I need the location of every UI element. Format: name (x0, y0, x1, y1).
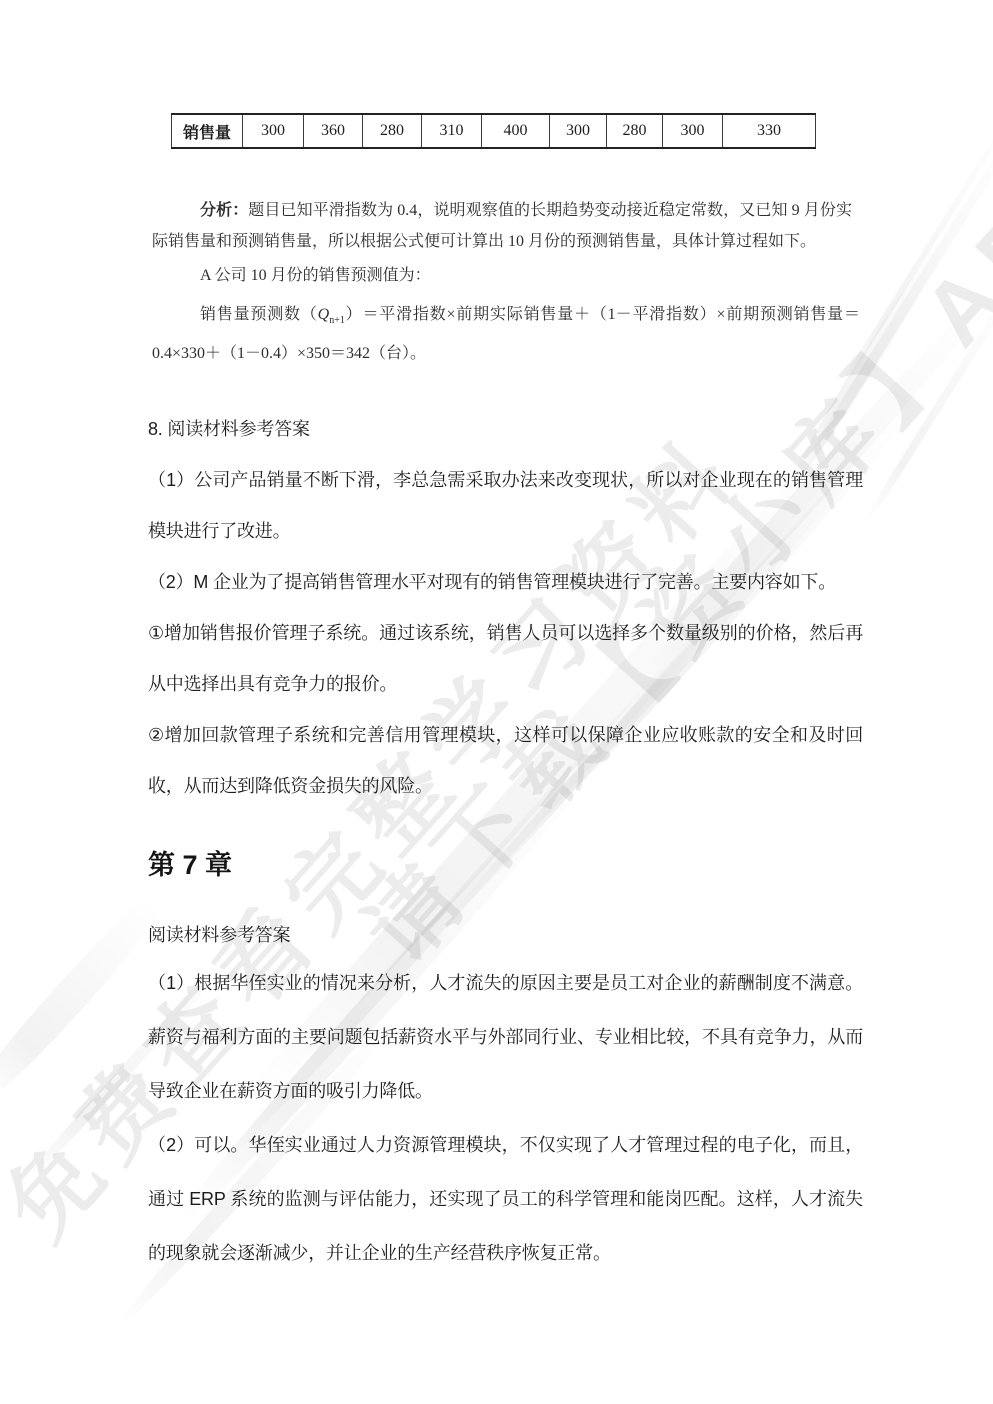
chapter7-heading: 第 7 章 (148, 843, 232, 882)
answer-paragraph-2: （2）M 企业为了提高销售管理水平对现有的销售管理模块进行了完善。主要内容如下。 (148, 557, 863, 608)
forecast-intro-line: A 公司 10 月份的销售预测值为： (200, 262, 431, 285)
formula-variable-q: Q (318, 306, 330, 323)
chapter7-answers: （1）根据华侄实业的情况来分析，人才流失的原因主要是员工对企业的薪酬制度不满意。… (148, 956, 863, 1280)
answer-paragraph-4: ②增加回款管理子系统和完善信用管理模块，这样可以保障企业应收账款的安全和及时回收… (148, 710, 863, 812)
table-value-cell: 300 (663, 114, 723, 148)
table-header-cell: 销售量 (172, 114, 243, 148)
analysis-paragraph: 分析：题目已知平滑指数为 0.4，说明观察值的长期趋势变动接近稳定常数，又已知 … (152, 195, 852, 257)
sales-table-wrap: 销售量 300 360 280 310 400 300 280 300 330 (171, 113, 816, 149)
analysis-text: 题目已知平滑指数为 0.4，说明观察值的长期趋势变动接近稳定常数，又已知 9 月… (152, 202, 852, 250)
analysis-label: 分析： (200, 202, 248, 219)
chapter7-answer-paragraph-1: （1）根据华侄实业的情况来分析，人才流失的原因主要是员工对企业的薪酬制度不满意。… (148, 956, 863, 1118)
section8-heading: 8. 阅读材料参考答案 (148, 404, 863, 455)
table-value-cell: 330 (723, 114, 816, 148)
table-value-cell: 300 (243, 114, 304, 148)
answer-paragraph-1: （1）公司产品销量不断下滑，李总急需采取办法来改变现状，所以对企业现在的销售管理… (148, 455, 863, 557)
forecast-formula: 销售量预测数（Qn+1）＝平滑指数×前期实际销售量＋（1－平滑指数）×前期预测销… (152, 298, 860, 370)
table-value-cell: 310 (422, 114, 482, 148)
section8-answers: 8. 阅读材料参考答案 （1）公司产品销量不断下滑，李总急需采取办法来改变现状，… (148, 404, 863, 812)
table-row: 销售量 300 360 280 310 400 300 280 300 330 (172, 114, 816, 148)
document-page: 免费查看完整学习资料 请下载【资小库】APP 销售量 300 360 280 3… (0, 0, 993, 1404)
table-value-cell: 280 (363, 114, 422, 148)
table-value-cell: 280 (607, 114, 663, 148)
answer-paragraph-3: ①增加销售报价管理子系统。通过该系统，销售人员可以选择多个数量级别的价格，然后再… (148, 608, 863, 710)
page-content: 销售量 300 360 280 310 400 300 280 300 330 … (0, 0, 993, 1404)
table-value-cell: 400 (482, 114, 550, 148)
chapter7-answer-paragraph-2: （2）可以。华侄实业通过人力资源管理模块，不仅实现了人才管理过程的电子化，而且，… (148, 1118, 863, 1280)
formula-subscript: n+1 (329, 315, 345, 326)
table-value-cell: 300 (550, 114, 607, 148)
table-value-cell: 360 (304, 114, 363, 148)
formula-prefix: 销售量预测数（ (200, 306, 318, 323)
chapter7-subheading: 阅读材料参考答案 (148, 921, 290, 947)
sales-table: 销售量 300 360 280 310 400 300 280 300 330 (171, 113, 816, 149)
